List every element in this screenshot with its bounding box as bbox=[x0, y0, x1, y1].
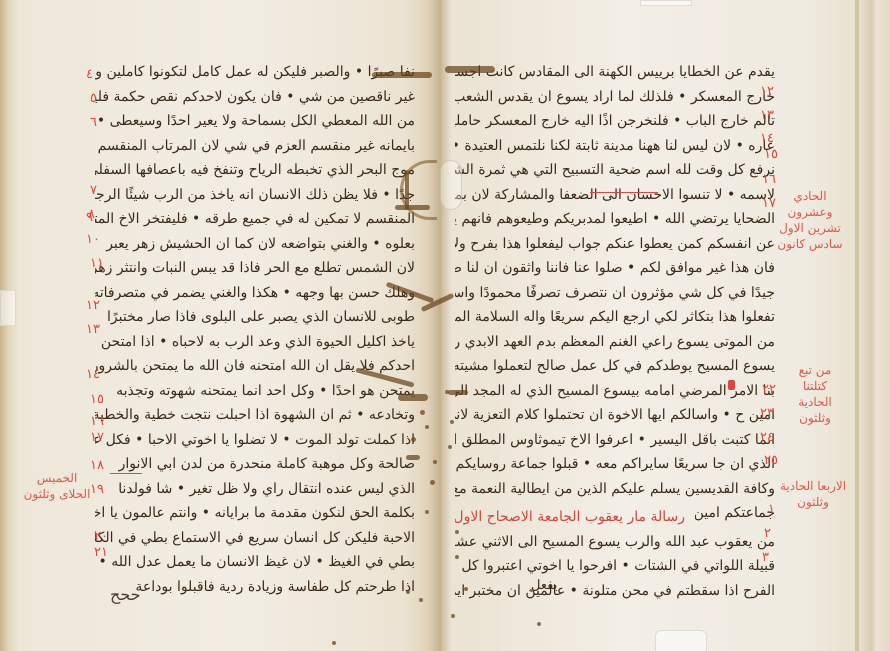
worm-hole bbox=[455, 555, 459, 559]
verse-number: ٦ bbox=[90, 115, 97, 130]
text-line: الضحايا يرتضي الله • اطيعوا لمدبريكم وطي… bbox=[455, 207, 775, 232]
text-line: لاسمه • لا تنسوا الاحسان الى الضعفا والم… bbox=[455, 183, 775, 208]
ink-stain bbox=[398, 394, 428, 401]
text-line: اذا كملت تولد الموت • لا تضلوا يا اخوتي … bbox=[95, 428, 415, 453]
verse-number: ١٧ bbox=[90, 430, 104, 445]
text-line: الفرح اذا سقطتم في محن متلونة • عالمين ا… bbox=[455, 579, 775, 604]
text-line: عن انفسكم كمن يعطوا عنكم جواب ليفعلوا هذ… bbox=[455, 232, 775, 257]
text-line: الاحبة فليكن كل انسان سريع في الاستماع ب… bbox=[95, 526, 415, 551]
worm-hole bbox=[411, 437, 416, 442]
text-line: وكافة القديسين يسلم عليكم الذين من ايطال… bbox=[455, 477, 775, 502]
worm-hole bbox=[455, 530, 459, 534]
manuscript-spread: نفا صبرًا • والصبر فليكن له عمل كامل لتك… bbox=[0, 0, 890, 651]
worm-hole bbox=[537, 622, 541, 626]
text-line: بكلمة الحق لنكون مقدمة ما برايانه • وانت… bbox=[95, 501, 415, 526]
text-line: جيدًا في كل شي مؤثرون ان نتصرف تصرفًا مح… bbox=[455, 281, 775, 306]
worm-hole bbox=[451, 614, 455, 618]
rubric-mark bbox=[728, 380, 735, 390]
verse-number: ١٤ bbox=[760, 131, 774, 146]
text-line: بايمانه غير منقسم العزم في شي لان المرتا… bbox=[95, 134, 415, 159]
verse-number: ٥ bbox=[90, 91, 97, 106]
text-line: جدًا • فلا يظن ذلك الانسان انه ياخذ من ا… bbox=[95, 183, 415, 208]
text-line: من الله المعطي الكل بسماحة ولا يعير احدً… bbox=[95, 109, 415, 134]
ink-stain bbox=[406, 455, 420, 460]
verse-number: ١٤ bbox=[86, 367, 100, 382]
verse-number: ١٧ bbox=[762, 196, 776, 211]
text-line: فان هذا غير موافق لكم • صلوا عنا فاننا و… bbox=[455, 256, 775, 281]
text-line: بطي في الغيظ • لان غيظ الانسان ما يعمل ع… bbox=[95, 550, 415, 575]
text-line: عاره • لان ليس لنا ههنا مدينة ثابتة لكنا… bbox=[455, 134, 775, 159]
worm-hole bbox=[332, 641, 336, 645]
tape-repair-top bbox=[640, 0, 692, 6]
text-line: يقدم عن الخطايا برييس الكهنة الى المقادس… bbox=[455, 60, 775, 85]
water-stain-ring bbox=[440, 160, 462, 210]
worm-hole bbox=[419, 598, 423, 602]
verse-number: ١٠ bbox=[86, 232, 100, 247]
worm-hole bbox=[530, 589, 533, 592]
marginal-note-left: الخميس الحلاى وثلثون bbox=[22, 470, 92, 502]
worm-hole bbox=[445, 390, 449, 394]
text-line: موج البحر الذي تخبطه الرياح وتنفخ فيه با… bbox=[95, 158, 415, 183]
worm-hole bbox=[450, 420, 454, 424]
bottom-mark: ححح bbox=[110, 585, 141, 604]
catchword: يفعل bbox=[531, 578, 557, 593]
text-line: من الموتى يسوع راعي الغنم المعظم بدم الع… bbox=[455, 330, 775, 355]
verse-number: ٢٤ bbox=[760, 430, 774, 445]
chapter-heading: رسالة مار يعقوب الجامعة الاصحاح الاول bbox=[455, 505, 685, 530]
text-line: امين ح • واسالكم ايها الاخوة ان تحتملوا … bbox=[455, 403, 775, 428]
tape-repair-left bbox=[0, 290, 16, 326]
verse-number: ١٣ bbox=[760, 108, 774, 123]
marginal-note-middle-right: من تبع كتلتنا الحادية وثلثون bbox=[785, 362, 845, 426]
marginal-note-lower-right: الاربعا الحادية وثلثون bbox=[778, 478, 848, 510]
verse-number: ١٦ bbox=[762, 172, 776, 187]
text-line: قبيلة اللواتي في الشتات • افرحوا يا اخوت… bbox=[455, 554, 775, 579]
verse-number: ١٥ bbox=[764, 147, 778, 162]
verse-number: ١٨ bbox=[90, 458, 104, 473]
right-page-text: يقدم عن الخطايا برييس الكهنة الى المقادس… bbox=[455, 60, 775, 603]
text-line: ياخذ اكليل الحيوة الذي وعد الرب به لاحبا… bbox=[95, 330, 415, 355]
verse-number: ١٢ bbox=[760, 84, 774, 99]
text-line: لان الشمس تطلع مع الحر فاذا قد يبس النبا… bbox=[95, 256, 415, 281]
text-line: بنا الامر المرضي امامه بيسوع المسيح الذي… bbox=[455, 379, 775, 404]
verse-number: ٤ bbox=[86, 67, 93, 82]
worm-hole bbox=[448, 445, 452, 449]
verse-number: ٢ bbox=[764, 526, 771, 541]
text-line: طوبى للانسان الذي يصبر على البلوى فاذا ص… bbox=[95, 305, 415, 330]
text-line: المنقسم لا تمكين له في جميع طرقه • فليفت… bbox=[95, 207, 415, 232]
verse-number: ١٣ bbox=[86, 322, 100, 337]
verse-number: ١٥ bbox=[90, 392, 104, 407]
text-line: تالم خارج الباب • فلنخرجن اذًا اليه خارج… bbox=[455, 109, 775, 134]
verse-number: ٢٢ bbox=[762, 382, 776, 397]
ink-stain bbox=[448, 390, 468, 395]
verse-number: ٩ bbox=[86, 210, 93, 225]
verse-number: ٢١ bbox=[94, 545, 108, 560]
text-line: نفا صبرًا • والصبر فليكن له عمل كامل لتك… bbox=[95, 60, 415, 85]
verse-number: ٣ bbox=[762, 550, 769, 565]
verse-number: ١٩ bbox=[90, 482, 104, 497]
ink-stain bbox=[445, 66, 495, 73]
text-line: بعلوه • والغني بتواضعه لان كما ان الحشيش… bbox=[95, 232, 415, 257]
verse-number: ١٦ bbox=[90, 414, 104, 429]
worm-hole bbox=[420, 410, 425, 415]
worm-hole bbox=[425, 425, 429, 429]
tape-repair-bottom bbox=[655, 630, 707, 651]
text-line: وهلك حسن بها وجهه • هكذا والغني يضمر في … bbox=[95, 281, 415, 306]
verse-number: ٢٣ bbox=[760, 406, 774, 421]
text-line: يسوع المسيح يوطدكم في كل عمل صالح لتعملو… bbox=[455, 354, 775, 379]
text-line: غير ناقصين من شي • فان يكون لاحدكم نقص ح… bbox=[95, 85, 415, 110]
rubric-underline bbox=[110, 473, 142, 474]
text-line: تفعلوا هذا بتكاثر لكي ارجع اليكم سريعًا … bbox=[455, 305, 775, 330]
verse-number: ١ bbox=[768, 502, 775, 517]
text-line: من يعقوب عبد الله والرب يسوع المسيح الى … bbox=[455, 530, 775, 555]
text-line: وتخادعه • ثم ان الشهوة اذا احبلت نتجت خط… bbox=[95, 403, 415, 428]
book-gutter bbox=[428, 0, 452, 651]
page-edge bbox=[855, 0, 859, 651]
text-line: نرفع كل وقت لله اسم ضحية التسبيح التي هي… bbox=[455, 158, 775, 183]
verse-number: ٢٥ bbox=[764, 453, 778, 468]
verse-number: ١١ bbox=[90, 256, 104, 271]
rubric-underline bbox=[590, 192, 658, 193]
text-line: جماعتكم امين bbox=[695, 501, 775, 526]
worm-hole bbox=[406, 590, 410, 594]
verse-number: ٧ bbox=[90, 183, 97, 198]
text-line: خارج المعسكر • فلذلك لما اراد يسوع ان يق… bbox=[455, 85, 775, 110]
ink-stain bbox=[372, 72, 432, 78]
verse-number: ٢٠ bbox=[94, 529, 108, 544]
text-line: الذي ليس عنده انتقال راي ولا ظل تغير • ش… bbox=[95, 477, 415, 502]
worm-hole bbox=[430, 480, 435, 485]
worm-hole bbox=[464, 587, 468, 591]
verse-number: ١٢ bbox=[86, 298, 100, 313]
text-line: اذا طرحتم كل طفاسة وزيادة ردية فاقبلوا ب… bbox=[95, 575, 415, 600]
text-line: انما كتبت باقل اليسير • اعرفوا الاخ تيمو… bbox=[455, 428, 775, 453]
text-line: صالحة وكل موهبة كاملة منحدرة من لدن ابي … bbox=[95, 452, 415, 477]
text-line: يمتحن هو احدًا • وكل احد انما يمتحنه شهو… bbox=[95, 379, 415, 404]
worm-hole bbox=[425, 510, 429, 514]
marginal-note-upper-right: الحادي وعشرون تشرين الاول سادس كانون bbox=[775, 188, 845, 252]
text-line: الذي ان جا سريعًا سايراكم معه • قبلوا جم… bbox=[455, 452, 775, 477]
worm-hole bbox=[433, 460, 437, 464]
left-page-text: نفا صبرًا • والصبر فليكن له عمل كامل لتك… bbox=[95, 60, 415, 599]
